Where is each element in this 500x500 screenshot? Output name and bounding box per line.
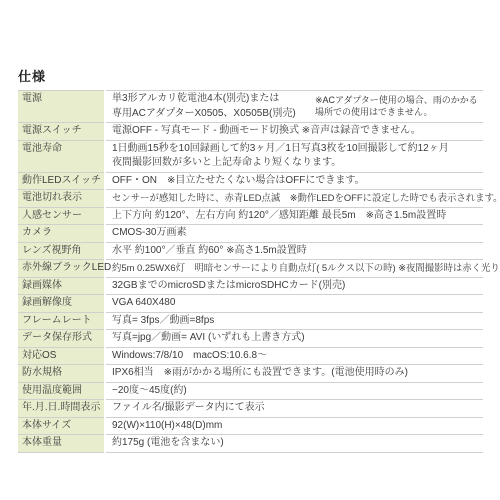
spec-sheet: 仕様 電源 単3形アルカリ乾電池4本(別売)または専用ACアダプターX0505、… (18, 66, 483, 453)
spec-value: 1日動画15秒を10回録画して約3ヶ月／1日写真3枚を10回撮影して約12ヶ月夜… (105, 140, 483, 172)
spec-value-text: CMOS-30万画素 (112, 226, 483, 241)
spec-value-cell: 約175g (電池を含まない) (112, 436, 483, 451)
spec-value-text: 写真=jpg／動画= AVI (いずれも上書き方式) (112, 331, 483, 346)
spec-label: 電源スイッチ (18, 123, 105, 141)
spec-row: フレームレート 写真= 3fps／動画=8fps (18, 312, 483, 330)
spec-value: 単3形アルカリ乾電池4本(別売)または専用ACアダプターX0505、X0505B… (105, 91, 483, 123)
spec-value-text: ファイル名/撮影データ内にて表示 (112, 401, 483, 416)
spec-value: 上下方向 約120°、左右方向 約120°／感知距離 最長5m ※高さ1.5m設… (105, 207, 483, 225)
spec-label: 使用温度範囲 (18, 382, 105, 400)
spec-row: カメラ CMOS-30万画素 (18, 225, 483, 243)
spec-row: 使用温度範囲 −20度～45度(約) (18, 382, 483, 400)
section-title: 仕様 (18, 66, 483, 85)
spec-value: 写真= 3fps／動画=8fps (105, 312, 483, 330)
spec-value: CMOS-30万画素 (105, 225, 483, 243)
spec-row: レンズ視野角 水平 約100°／垂直 約60° ※高さ1.5m設置時 (18, 242, 483, 260)
spec-value-text: VGA 640X480 (112, 296, 483, 311)
spec-table: 電源 単3形アルカリ乾電池4本(別売)または専用ACアダプターX0505、X05… (18, 90, 483, 453)
spec-value-cell: −20度～45度(約) (112, 384, 483, 399)
spec-value-text: −20度～45度(約) (112, 384, 483, 399)
spec-value: OFF・ON ※目立たせたくない場合はOFFにできます。 (105, 172, 483, 190)
spec-value-text: IPX6相当 ※雨がかかる場所にも設置できます。(電池使用時のみ) (112, 366, 483, 381)
spec-value: 写真=jpg／動画= AVI (いずれも上書き方式) (105, 330, 483, 348)
spec-value-cell: IPX6相当 ※雨がかかる場所にも設置できます。(電池使用時のみ) (112, 366, 483, 381)
spec-label: 録画解像度 (18, 295, 105, 313)
spec-value-text: 約175g (電池を含まない) (112, 436, 483, 451)
spec-value-text: 電源OFF - 写真モード - 動画モード切換式 ※音声は録音できません。 (112, 124, 483, 139)
spec-value-cell: センサーが感知した時に、赤青LED点滅 ※動作LEDをOFFに設定した時でも表示… (112, 191, 483, 206)
spec-value: 約5m 0.25WX6灯 明暗センサーにより自動点灯( 5ルクス以下の時) ※夜… (105, 260, 483, 278)
spec-row: 本体サイズ 92(W)×110(H)×48(D)mm (18, 417, 483, 435)
spec-label: データ保存形式 (18, 330, 105, 348)
spec-value-cell: 写真=jpg／動画= AVI (いずれも上書き方式) (112, 331, 483, 346)
spec-value-cell: 単3形アルカリ乾電池4本(別売)または専用ACアダプターX0505、X0505B… (112, 92, 483, 121)
spec-value-text: 1日動画15秒を10回録画して約3ヶ月／1日写真3枚を10回撮影して約12ヶ月夜… (112, 142, 483, 171)
spec-value: 約175g (電池を含まない) (105, 435, 483, 453)
spec-row: 電池寿命 1日動画15秒を10回録画して約3ヶ月／1日写真3枚を10回撮影して約… (18, 140, 483, 172)
spec-row: 防水規格 IPX6相当 ※雨がかかる場所にも設置できます。(電池使用時のみ) (18, 365, 483, 383)
spec-value-cell: VGA 640X480 (112, 296, 483, 311)
spec-value: センサーが感知した時に、赤青LED点滅 ※動作LEDをOFFに設定した時でも表示… (105, 190, 483, 208)
spec-value-text: 92(W)×110(H)×48(D)mm (112, 419, 483, 434)
spec-value: Windows:7/8/10 macOS:10.6.8～ (105, 347, 483, 365)
spec-row: データ保存形式 写真=jpg／動画= AVI (いずれも上書き方式) (18, 330, 483, 348)
spec-value-text: Windows:7/8/10 macOS:10.6.8～ (112, 349, 483, 364)
spec-value-cell: 写真= 3fps／動画=8fps (112, 314, 483, 329)
spec-value: ファイル名/撮影データ内にて表示 (105, 400, 483, 418)
spec-value-text: 約5m 0.25WX6灯 明暗センサーにより自動点灯( 5ルクス以下の時) ※夜… (112, 261, 500, 276)
spec-label: レンズ視野角 (18, 242, 105, 260)
spec-label: 電池切れ表示 (18, 190, 105, 208)
spec-label: 人感センサー (18, 207, 105, 225)
spec-value-cell: OFF・ON ※目立たせたくない場合はOFFにできます。 (112, 174, 483, 189)
spec-value-cell: ファイル名/撮影データ内にて表示 (112, 401, 483, 416)
spec-label: 電池寿命 (18, 140, 105, 172)
spec-value-cell: CMOS-30万画素 (112, 226, 483, 241)
spec-value-cell: 約5m 0.25WX6灯 明暗センサーにより自動点灯( 5ルクス以下の時) ※夜… (112, 261, 483, 276)
spec-value: IPX6相当 ※雨がかかる場所にも設置できます。(電池使用時のみ) (105, 365, 483, 383)
spec-value-cell: Windows:7/8/10 macOS:10.6.8～ (112, 349, 483, 364)
spec-row: 赤外線ブラックLED 約5m 0.25WX6灯 明暗センサーにより自動点灯( 5… (18, 260, 483, 278)
spec-value-text: センサーが感知した時に、赤青LED点滅 ※動作LEDをOFFに設定した時でも表示… (112, 191, 500, 206)
spec-value-text: 水平 約100°／垂直 約60° ※高さ1.5m設置時 (112, 244, 483, 259)
spec-label: 年.月.日.時間表示 (18, 400, 105, 418)
spec-value: 92(W)×110(H)×48(D)mm (105, 417, 483, 435)
spec-value: VGA 640X480 (105, 295, 483, 313)
spec-label: カメラ (18, 225, 105, 243)
spec-value-text: 単3形アルカリ乾電池4本(別売)または専用ACアダプターX0505、X0505B… (112, 92, 315, 121)
spec-label: 本体重量 (18, 435, 105, 453)
spec-value-cell: 32GBまでのmicroSDまたはmicroSDHCカード(別売) (112, 279, 483, 294)
spec-label: 対応OS (18, 347, 105, 365)
spec-value-cell: 水平 約100°／垂直 約60° ※高さ1.5m設置時 (112, 244, 483, 259)
spec-value: 32GBまでのmicroSDまたはmicroSDHCカード(別売) (105, 277, 483, 295)
spec-value: −20度～45度(約) (105, 382, 483, 400)
spec-label: 防水規格 (18, 365, 105, 383)
spec-label: 録画媒体 (18, 277, 105, 295)
spec-row: 電池切れ表示 センサーが感知した時に、赤青LED点滅 ※動作LEDをOFFに設定… (18, 190, 483, 208)
spec-row: 録画媒体 32GBまでのmicroSDまたはmicroSDHCカード(別売) (18, 277, 483, 295)
spec-value-text: 写真= 3fps／動画=8fps (112, 314, 483, 329)
spec-label: フレームレート (18, 312, 105, 330)
spec-value-note: ※ACアダプター使用の場合、雨のかかる場所での使用はできません。 (315, 92, 483, 118)
spec-label: 赤外線ブラックLED (18, 260, 105, 278)
spec-value-cell: 電源OFF - 写真モード - 動画モード切換式 ※音声は録音できません。 (112, 124, 483, 139)
spec-value-cell: 1日動画15秒を10回録画して約3ヶ月／1日写真3枚を10回撮影して約12ヶ月夜… (112, 142, 483, 171)
spec-value: 水平 約100°／垂直 約60° ※高さ1.5m設置時 (105, 242, 483, 260)
spec-row: 本体重量 約175g (電池を含まない) (18, 435, 483, 453)
spec-label: 電源 (18, 91, 105, 123)
spec-value-cell: 上下方向 約120°、左右方向 約120°／感知距離 最長5m ※高さ1.5m設… (112, 209, 483, 224)
spec-value-text: OFF・ON ※目立たせたくない場合はOFFにできます。 (112, 174, 483, 189)
spec-row: 録画解像度 VGA 640X480 (18, 295, 483, 313)
spec-row: 電源 単3形アルカリ乾電池4本(別売)または専用ACアダプターX0505、X05… (18, 91, 483, 123)
spec-label: 本体サイズ (18, 417, 105, 435)
spec-table-body: 電源 単3形アルカリ乾電池4本(別売)または専用ACアダプターX0505、X05… (18, 91, 483, 453)
spec-value-text: 上下方向 約120°、左右方向 約120°／感知距離 最長5m ※高さ1.5m設… (112, 209, 483, 224)
spec-row: 対応OS Windows:7/8/10 macOS:10.6.8～ (18, 347, 483, 365)
spec-row: 電源スイッチ 電源OFF - 写真モード - 動画モード切換式 ※音声は録音でき… (18, 123, 483, 141)
spec-value-text: 32GBまでのmicroSDまたはmicroSDHCカード(別売) (112, 279, 483, 294)
spec-row: 人感センサー 上下方向 約120°、左右方向 約120°／感知距離 最長5m ※… (18, 207, 483, 225)
spec-row: 動作LEDスイッチ OFF・ON ※目立たせたくない場合はOFFにできます。 (18, 172, 483, 190)
spec-value: 電源OFF - 写真モード - 動画モード切換式 ※音声は録音できません。 (105, 123, 483, 141)
spec-value-cell: 92(W)×110(H)×48(D)mm (112, 419, 483, 434)
spec-row: 年.月.日.時間表示 ファイル名/撮影データ内にて表示 (18, 400, 483, 418)
spec-label: 動作LEDスイッチ (18, 172, 105, 190)
